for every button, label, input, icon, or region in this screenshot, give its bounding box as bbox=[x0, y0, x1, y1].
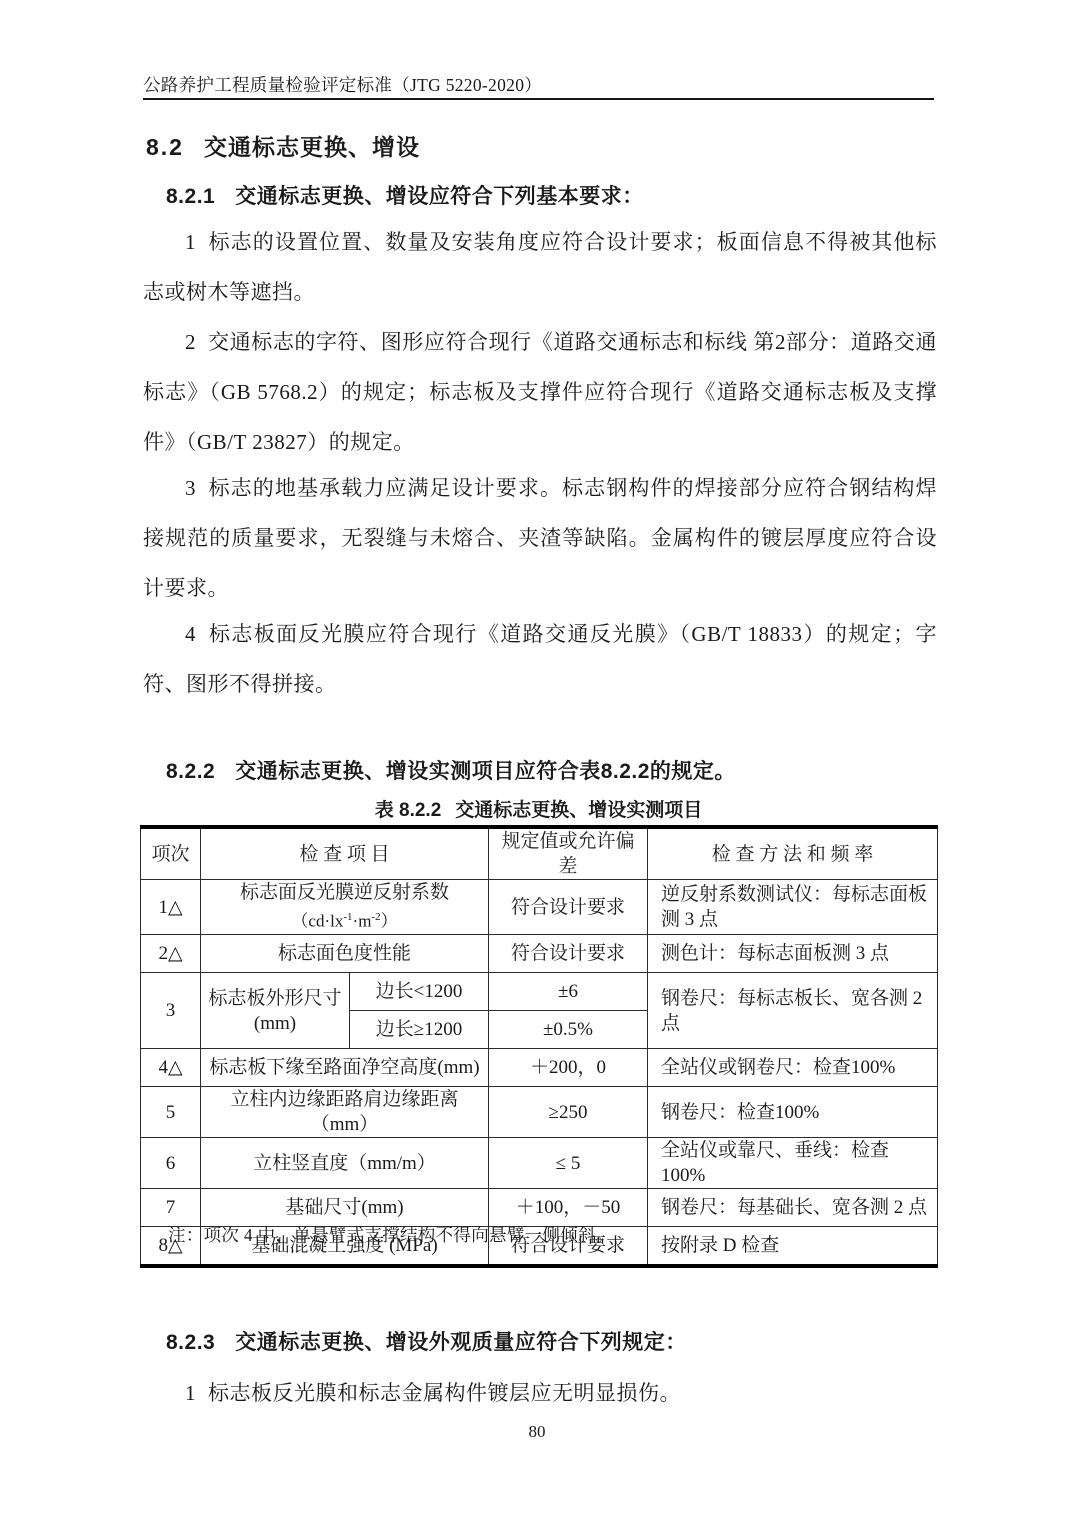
section-number: 8.2 bbox=[146, 134, 184, 160]
item-text: 交通标志的字符、图形应符合现行《道路交通标志和标线 第2部分：道路交通标志》（G… bbox=[143, 330, 937, 454]
cell-method: 测色计：每标志面板测 3 点 bbox=[648, 935, 938, 973]
paragraph-item-1: 1标志的设置位置、数量及安装角度应符合设计要求；板面信息不得被其他标志或树木等遮… bbox=[143, 217, 937, 317]
paragraph-item-3: 3标志的地基承载力应满足设计要求。标志钢构件的焊接部分应符合钢结构焊接规范的质量… bbox=[143, 463, 937, 613]
clause-number: 8.2.3 bbox=[166, 1331, 215, 1354]
cell-subcondition: 边长≥1200 bbox=[350, 1011, 489, 1049]
table-row-4: 4△ 标志板下缘至路面净空高度(mm) ＋200，0 全站仪或钢卷尺：检查100… bbox=[141, 1049, 938, 1087]
header-rule bbox=[143, 98, 934, 100]
cell-item: 立柱内边缘距路肩边缘距离（mm） bbox=[201, 1087, 489, 1138]
item-unit-line: （cd·lx-1·m-2） bbox=[207, 905, 482, 934]
cell-subcondition: 边长<1200 bbox=[350, 973, 489, 1011]
item-number: 1 bbox=[185, 1381, 196, 1405]
item-number: 4 bbox=[185, 622, 196, 646]
table-row-2: 2△ 标志面色度性能 符合设计要求 测色计：每标志面板测 3 点 bbox=[141, 935, 938, 973]
cell-method: 钢卷尺：每标志板长、宽各测 2 点 bbox=[648, 973, 938, 1049]
item-text: 标志板面反光膜应符合现行《道路交通反光膜》（GB/T 18833）的规定；字符、… bbox=[143, 622, 937, 696]
header-spec: 规定值或允许偏差 bbox=[489, 827, 648, 880]
clause-number: 8.2.1 bbox=[166, 185, 215, 208]
table-row-3a: 3 标志板外形尺寸 (mm) 边长<1200 ±6 钢卷尺：每标志板长、宽各测 … bbox=[141, 973, 938, 1011]
item-line-2: (mm) bbox=[207, 1011, 343, 1036]
paragraph-item-2: 2交通标志的字符、图形应符合现行《道路交通标志和标线 第2部分：道路交通标志》（… bbox=[143, 317, 937, 467]
section-title: 交通标志更换、增设 bbox=[204, 134, 420, 160]
cell-method: 全站仪或靠尺、垂线：检查 100% bbox=[648, 1138, 938, 1189]
cell-no: 2△ bbox=[141, 935, 201, 973]
header-method: 检 查 方 法 和 频 率 bbox=[648, 827, 938, 880]
table-label: 表 8.2.2 bbox=[375, 800, 442, 821]
cell-spec: ±6 bbox=[489, 973, 648, 1011]
item-number: 1 bbox=[185, 230, 196, 254]
cell-no: 6 bbox=[141, 1138, 201, 1189]
item-text: 标志的地基承载力应满足设计要求。标志钢构件的焊接部分应符合钢结构焊接规范的质量要… bbox=[143, 476, 937, 600]
cell-method: 钢卷尺：每基础长、宽各测 2 点 bbox=[648, 1189, 938, 1227]
paragraph-item-4: 4标志板面反光膜应符合现行《道路交通反光膜》（GB/T 18833）的规定；字符… bbox=[143, 609, 937, 709]
clause-number: 8.2.2 bbox=[166, 760, 215, 783]
measurement-table: 项次 检 查 项 目 规定值或允许偏差 检 查 方 法 和 频 率 1△ 标志面… bbox=[140, 825, 938, 1268]
cell-no: 3 bbox=[141, 973, 201, 1049]
cell-item: 标志面色度性能 bbox=[201, 935, 489, 973]
table-note: 注：项次 4 中，单悬臂式支撑结构不得向悬臂一侧倾斜。 bbox=[168, 1222, 928, 1247]
section-heading: 8.2交通标志更换、增设 bbox=[146, 129, 420, 162]
header-item: 检 查 项 目 bbox=[201, 827, 489, 880]
table-title: 表 8.2.2交通标志更换、增设实测项目 bbox=[140, 795, 937, 822]
cell-method: 逆反射系数测试仪：每标志面板测 3 点 bbox=[648, 880, 938, 935]
item-number: 3 bbox=[185, 476, 196, 500]
cell-spec: ＋200，0 bbox=[489, 1049, 648, 1087]
table-row-1: 1△ 标志面反光膜逆反射系数 （cd·lx-1·m-2） 符合设计要求 逆反射系… bbox=[141, 880, 938, 935]
clause-text: 交通标志更换、增设应符合下列基本要求： bbox=[235, 185, 644, 208]
table-title-text: 交通标志更换、增设实测项目 bbox=[455, 800, 702, 821]
clause-text: 交通标志更换、增设外观质量应符合下列规定： bbox=[235, 1331, 687, 1354]
cell-spec: 符合设计要求 bbox=[489, 935, 648, 973]
cell-no: 5 bbox=[141, 1087, 201, 1138]
cell-method: 全站仪或钢卷尺：检查100% bbox=[648, 1049, 938, 1087]
cell-method: 钢卷尺：检查100% bbox=[648, 1087, 938, 1138]
cell-spec: ≤ 5 bbox=[489, 1138, 648, 1189]
cell-spec: 符合设计要求 bbox=[489, 880, 648, 935]
item-text: 标志板反光膜和标志金属构件镀层应无明显损伤。 bbox=[208, 1381, 681, 1405]
document-page: 公路养护工程质量检验评定标准（JTG 5220-2020） 8.2交通标志更换、… bbox=[0, 0, 1074, 1520]
cell-item: 标志板外形尺寸 (mm) bbox=[201, 973, 350, 1049]
clause-8-2-3: 8.2.3交通标志更换、增设外观质量应符合下列规定： bbox=[166, 1328, 937, 1358]
clause-text: 交通标志更换、增设实测项目应符合表8.2.2的规定。 bbox=[235, 760, 736, 783]
item-text: 标志的设置位置、数量及安装角度应符合设计要求；板面信息不得被其他标志或树木等遮挡… bbox=[143, 230, 937, 304]
cell-item: 标志板下缘至路面净空高度(mm) bbox=[201, 1049, 489, 1087]
cell-spec: ≥250 bbox=[489, 1087, 648, 1138]
table-row-7: 7 基础尺寸(mm) ＋100，－50 钢卷尺：每基础长、宽各测 2 点 bbox=[141, 1189, 938, 1227]
clause-8-2-1: 8.2.1交通标志更换、增设应符合下列基本要求： bbox=[166, 182, 937, 212]
item-line-1: 标志板外形尺寸 bbox=[207, 986, 343, 1011]
table-header-row: 项次 检 查 项 目 规定值或允许偏差 检 查 方 法 和 频 率 bbox=[141, 827, 938, 880]
paragraph-item-823-1: 1标志板反光膜和标志金属构件镀层应无明显损伤。 bbox=[143, 1368, 937, 1418]
cell-item: 标志面反光膜逆反射系数 （cd·lx-1·m-2） bbox=[201, 880, 489, 935]
table-row-6: 6 立柱竖直度（mm/m） ≤ 5 全站仪或靠尺、垂线：检查 100% bbox=[141, 1138, 938, 1189]
cell-spec: ＋100，－50 bbox=[489, 1189, 648, 1227]
cell-no: 1△ bbox=[141, 880, 201, 935]
cell-spec: ±0.5% bbox=[489, 1011, 648, 1049]
page-number: 80 bbox=[0, 1422, 1074, 1442]
table-row-5: 5 立柱内边缘距路肩边缘距离（mm） ≥250 钢卷尺：检查100% bbox=[141, 1087, 938, 1138]
header-no: 项次 bbox=[141, 827, 201, 880]
item-number: 2 bbox=[185, 330, 196, 354]
cell-item: 基础尺寸(mm) bbox=[201, 1189, 489, 1227]
running-header: 公路养护工程质量检验评定标准（JTG 5220-2020） bbox=[143, 72, 937, 97]
cell-no: 4△ bbox=[141, 1049, 201, 1087]
cell-no: 7 bbox=[141, 1189, 201, 1227]
item-line-1: 标志面反光膜逆反射系数 bbox=[207, 880, 482, 905]
clause-8-2-2: 8.2.2交通标志更换、增设实测项目应符合表8.2.2的规定。 bbox=[166, 757, 937, 787]
cell-item: 立柱竖直度（mm/m） bbox=[201, 1138, 489, 1189]
